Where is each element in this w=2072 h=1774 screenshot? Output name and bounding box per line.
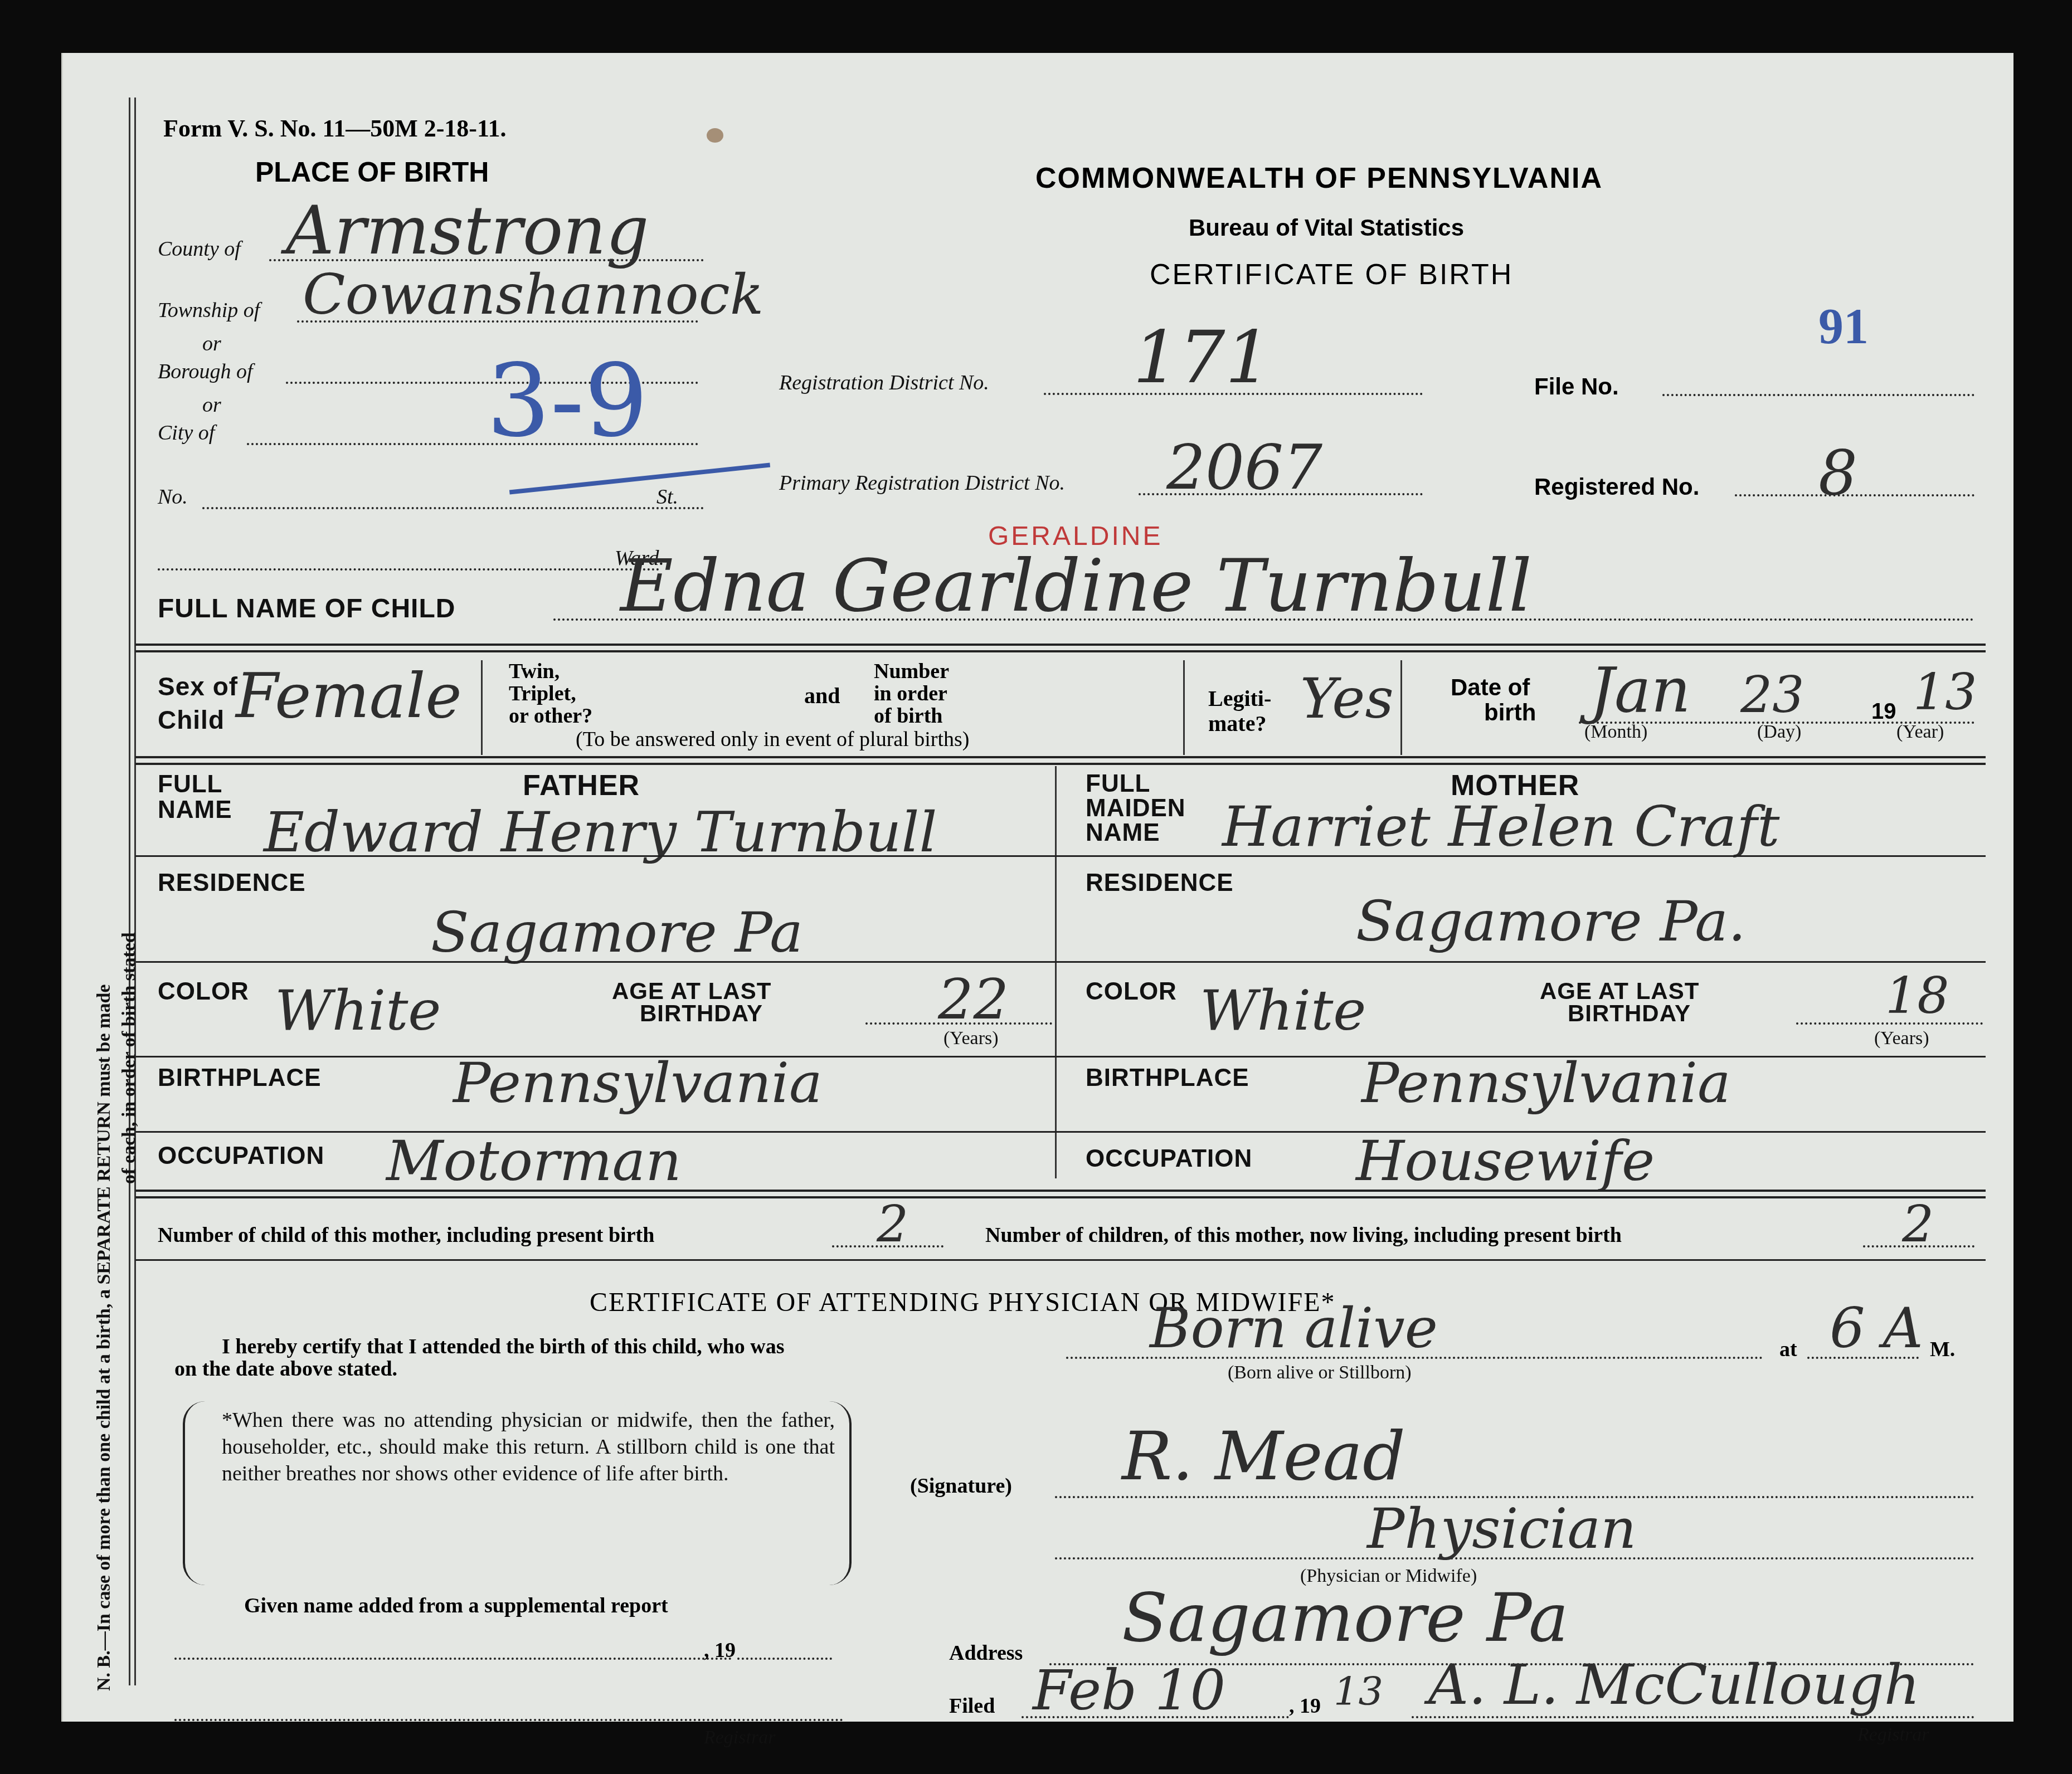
mother-residence-value: Sagamore Pa. bbox=[1356, 889, 1746, 954]
rule bbox=[135, 763, 1986, 765]
certify-text-1: I hereby certify that I attended the bir… bbox=[222, 1334, 784, 1359]
registrar-line-left bbox=[174, 1719, 843, 1721]
living-children-value: 2 bbox=[1902, 1195, 1934, 1254]
legitimate-value: Yes bbox=[1300, 666, 1394, 731]
month-caption: (Month) bbox=[1584, 722, 1647, 743]
city-label: City of bbox=[158, 421, 215, 445]
street-label: St. bbox=[656, 485, 678, 509]
registered-no-label: Registered No. bbox=[1534, 474, 1699, 500]
living-children-label: Number of children, of this mother, now … bbox=[985, 1223, 1622, 1247]
bureau-subtitle: Bureau of Vital Statistics bbox=[1189, 215, 1464, 241]
dob-year-value: 13 bbox=[1913, 663, 1977, 722]
father-occupation-value: Motorman bbox=[386, 1128, 682, 1193]
file-no-label: File No. bbox=[1534, 373, 1619, 400]
registration-district-label: Registration District No. bbox=[779, 371, 989, 395]
born-value: Born alive bbox=[1150, 1295, 1438, 1361]
rule bbox=[135, 1196, 1986, 1198]
parents-divider bbox=[1055, 766, 1057, 1178]
margin-note-line2: of each, in order of birth stated bbox=[119, 932, 140, 1184]
primary-district-value: 2067 bbox=[1166, 432, 1322, 503]
child-number-value: 2 bbox=[877, 1195, 908, 1254]
father-years-caption: (Years) bbox=[943, 1028, 999, 1049]
sex-label-1: Sex of bbox=[158, 671, 238, 701]
certificate-title: CERTIFICATE OF BIRTH bbox=[1150, 258, 1513, 291]
red-annotation: GERALDINE bbox=[988, 521, 1163, 552]
number-label-line: of birth bbox=[874, 705, 949, 727]
twin-label: Twin, Triplet, or other? bbox=[509, 660, 592, 727]
born-caption: (Born alive or Stillborn) bbox=[1228, 1362, 1412, 1383]
rule bbox=[1055, 855, 1986, 857]
mother-age-label-2: BIRTHDAY bbox=[1568, 1000, 1691, 1027]
supplemental-label: Given name added from a supplemental rep… bbox=[244, 1593, 668, 1618]
filed-label: Filed bbox=[949, 1694, 995, 1718]
plural-births-note: (To be answered only in event of plural … bbox=[576, 727, 969, 752]
street-no-label: No. bbox=[158, 485, 188, 509]
rule bbox=[135, 961, 1055, 963]
father-birthplace-label: BIRTHPLACE bbox=[158, 1064, 322, 1092]
rule bbox=[135, 756, 1986, 758]
rule bbox=[1055, 961, 1986, 963]
sex-label-2: Child bbox=[158, 705, 225, 735]
certify-text-2: on the date above stated. bbox=[174, 1357, 397, 1381]
father-full-name-label: FULL NAME bbox=[158, 772, 232, 823]
and-label: and bbox=[804, 683, 840, 709]
township-label: Township of bbox=[158, 298, 260, 323]
street-line bbox=[202, 507, 704, 509]
mother-full-name-label: FULL MAIDEN NAME bbox=[1086, 772, 1186, 845]
township-value: Cowanshannock bbox=[303, 262, 763, 327]
m-label: M. bbox=[1930, 1337, 1955, 1362]
file-no-line bbox=[1662, 394, 1974, 396]
primary-district-label: Primary Registration District No. bbox=[779, 471, 1065, 495]
mother-color-value: White bbox=[1200, 978, 1366, 1043]
margin-note-line1: N. B.—In case of more than one child at … bbox=[94, 985, 115, 1691]
divider bbox=[1400, 660, 1402, 755]
left-border-rule bbox=[129, 98, 130, 1685]
mother-age-value: 18 bbox=[1885, 967, 1949, 1025]
child-name-value: Edna Gearldine Turnbull bbox=[620, 543, 1532, 628]
filed-century: , 19 bbox=[1289, 1694, 1321, 1718]
registration-district-value: 171 bbox=[1133, 315, 1271, 399]
father-heading: FATHER bbox=[523, 769, 640, 802]
registrar-caption-right: Registrar bbox=[1857, 1724, 1929, 1746]
physician-title-value: Physician bbox=[1367, 1496, 1637, 1561]
mother-years-caption: (Years) bbox=[1874, 1028, 1929, 1049]
stain-mark bbox=[707, 128, 723, 143]
father-birthplace-value: Pennsylvania bbox=[453, 1050, 823, 1115]
address-value: Sagamore Pa bbox=[1122, 1580, 1569, 1657]
dob-month-value: Jan bbox=[1590, 655, 1691, 726]
divider bbox=[481, 660, 483, 755]
blue-annotation: 3-9 bbox=[487, 343, 648, 459]
divider bbox=[1183, 660, 1185, 755]
number-label-line: Number bbox=[874, 660, 949, 683]
mother-residence-label: RESIDENCE bbox=[1086, 869, 1234, 897]
registrar-signature: A. L. McCullough bbox=[1428, 1652, 1920, 1717]
address-label: Address bbox=[949, 1641, 1023, 1665]
borough-label: Borough of bbox=[158, 359, 253, 384]
number-label-line: in order bbox=[874, 683, 949, 705]
supplemental-year-line bbox=[737, 1658, 832, 1660]
rule bbox=[135, 644, 1986, 646]
mother-occupation-label: OCCUPATION bbox=[1086, 1145, 1252, 1173]
left-border-rule bbox=[134, 98, 136, 1685]
mother-birthplace-value: Pennsylvania bbox=[1361, 1050, 1731, 1115]
father-color-label: COLOR bbox=[158, 978, 249, 1006]
place-of-birth-title: PLACE OF BIRTH bbox=[255, 156, 489, 188]
filed-date-value: Feb 10 bbox=[1033, 1658, 1225, 1723]
sex-value: Female bbox=[236, 660, 462, 732]
file-no-value: 91 bbox=[1818, 298, 1869, 355]
label-line: FULL bbox=[158, 772, 232, 797]
dob-day-value: 23 bbox=[1740, 666, 1805, 724]
legitimate-label-1: Legiti- bbox=[1208, 685, 1271, 711]
mother-occupation-value: Housewife bbox=[1356, 1128, 1655, 1193]
label-line: MAIDEN bbox=[1086, 796, 1186, 821]
supplemental-line bbox=[174, 1658, 732, 1660]
father-residence-value: Sagamore Pa bbox=[431, 900, 803, 965]
child-number-label: Number of child of this mother, includin… bbox=[158, 1223, 654, 1247]
stillborn-note: *When there was no attending physician o… bbox=[222, 1407, 835, 1487]
year-caption: (Year) bbox=[1896, 722, 1944, 743]
dob-century: 19 bbox=[1871, 699, 1896, 724]
father-age-value: 22 bbox=[938, 967, 1009, 1032]
father-occupation-label: OCCUPATION bbox=[158, 1142, 324, 1170]
child-name-label: FULL NAME OF CHILD bbox=[158, 593, 455, 624]
label-line: NAME bbox=[1086, 821, 1186, 845]
label-line: FULL bbox=[1086, 772, 1186, 796]
twin-label-line: Twin, bbox=[509, 660, 592, 683]
number-in-order-label: Number in order of birth bbox=[874, 660, 949, 727]
rule bbox=[135, 650, 1986, 652]
rule bbox=[135, 1190, 1986, 1192]
day-caption: (Day) bbox=[1757, 722, 1801, 743]
label-line: NAME bbox=[158, 797, 232, 823]
blue-underline bbox=[509, 462, 770, 494]
mother-name-value: Harriet Helen Craft bbox=[1222, 794, 1779, 859]
registrar-caption-left: Registrar bbox=[704, 1727, 775, 1748]
commonwealth-title: COMMONWEALTH OF PENNSYLVANIA bbox=[1035, 162, 1603, 195]
father-color-value: White bbox=[275, 978, 441, 1043]
form-id: Form V. S. No. 11—50M 2-18-11. bbox=[163, 114, 507, 143]
county-value: Armstrong bbox=[286, 192, 649, 270]
father-residence-label: RESIDENCE bbox=[158, 869, 306, 897]
time-value: 6 A bbox=[1830, 1295, 1923, 1361]
supplemental-year: , 19 bbox=[704, 1638, 736, 1663]
physician-signature: R. Mead bbox=[1122, 1418, 1405, 1495]
registered-no-value: 8 bbox=[1818, 437, 1857, 509]
mother-color-label: COLOR bbox=[1086, 978, 1177, 1006]
twin-label-line: Triplet, bbox=[509, 683, 592, 705]
or-label-2: or bbox=[202, 393, 221, 417]
twin-label-line: or other? bbox=[509, 705, 592, 727]
signature-label: (Signature) bbox=[910, 1474, 1012, 1498]
rule bbox=[135, 855, 1055, 857]
dob-label-2: birth bbox=[1484, 699, 1536, 726]
filed-year-value: 13 bbox=[1334, 1669, 1383, 1714]
or-label: or bbox=[202, 332, 221, 356]
rule bbox=[135, 1259, 1986, 1261]
legitimate-label-2: mate? bbox=[1208, 710, 1266, 737]
dob-label-1: Date of bbox=[1451, 674, 1530, 701]
county-label: County of bbox=[158, 237, 241, 261]
birth-certificate: N. B.—In case of more than one child at … bbox=[61, 53, 2013, 1722]
mother-birthplace-label: BIRTHPLACE bbox=[1086, 1064, 1249, 1092]
at-label: at bbox=[1779, 1337, 1797, 1362]
father-age-label-2: BIRTHDAY bbox=[640, 1000, 763, 1027]
ward-line bbox=[158, 568, 659, 571]
